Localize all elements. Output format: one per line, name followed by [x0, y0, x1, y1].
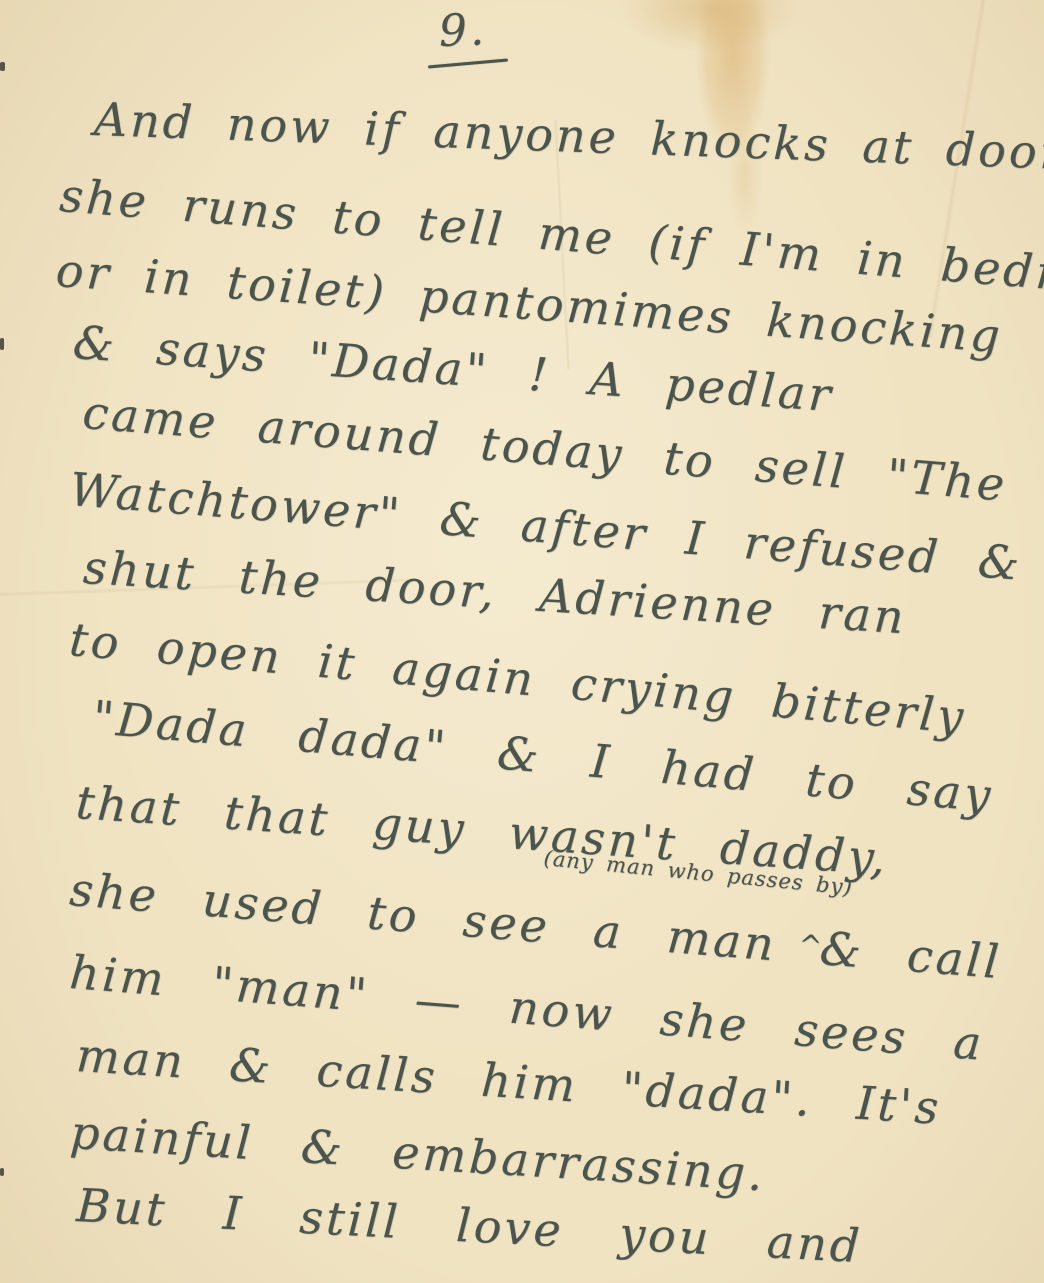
page-number: 9. — [438, 4, 488, 57]
edge-mark — [0, 1168, 4, 1176]
page-number-underline — [428, 59, 508, 69]
edge-mark — [0, 62, 5, 71]
edge-mark — [0, 338, 4, 350]
handwriting-line: And now if anyone knocks at door — [93, 92, 1044, 180]
caret-mark: ^ — [797, 928, 826, 963]
letter-page: 9. And now if anyone knocks at door she … — [0, 0, 1044, 1283]
